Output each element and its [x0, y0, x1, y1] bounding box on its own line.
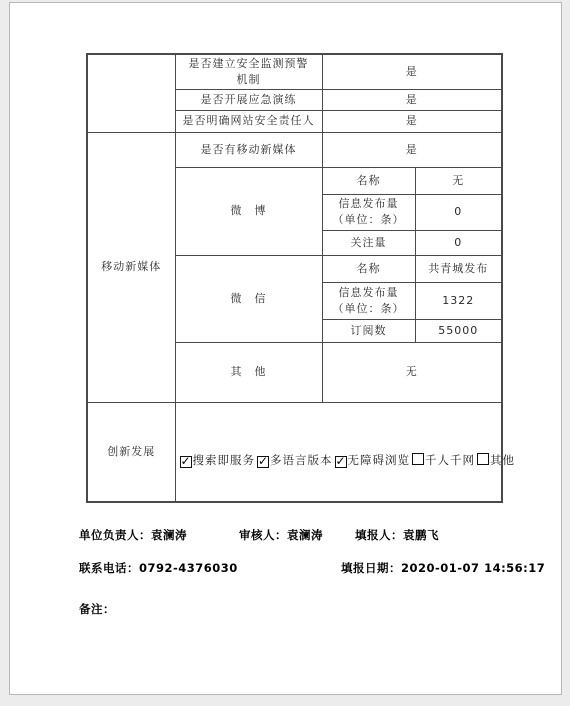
- checkbox-label-search-as-service: 搜索即服务: [193, 453, 256, 467]
- table-row: 是否建立安全监测预警 机制 是: [87, 54, 502, 89]
- wechat-name-key: 名称: [322, 255, 415, 282]
- security-question-label: 是否建立安全监测预警 机制: [175, 54, 322, 89]
- checkbox-label-accessibility: 无障碍浏览: [348, 453, 411, 467]
- phone-field: 联系电话：0792-4376030: [79, 560, 238, 576]
- filler-field: 填报人：袁鹏飞: [355, 527, 439, 543]
- checkbox-multilingual: ✓: [257, 456, 269, 468]
- table-row: 创新发展 ✓搜索即服务✓多语言版本✓无障碍浏览千人千网其他: [87, 402, 502, 502]
- reviewer-name: 袁澜涛: [287, 528, 323, 542]
- weibo-followers-value: 0: [415, 230, 502, 255]
- weibo-posts-value: 0: [415, 194, 502, 230]
- security-question-value: 是: [322, 110, 502, 132]
- checkbox-personalized-web: [412, 453, 424, 465]
- checkbox-search-as-service: ✓: [180, 456, 192, 468]
- other-media-label: 其 他: [175, 342, 322, 402]
- weibo-followers-key: 关注量: [322, 230, 415, 255]
- unit-head-name: 袁澜涛: [151, 528, 187, 542]
- category-cell-empty: [87, 54, 175, 132]
- checkbox-accessibility: ✓: [335, 456, 347, 468]
- wechat-subscribers-key: 订阅数: [322, 319, 415, 342]
- unit-head-field: 单位负责人：袁澜涛: [79, 527, 187, 543]
- wechat-subscribers-value: 55000: [415, 319, 502, 342]
- weibo-name-value: 无: [415, 167, 502, 194]
- remark-field: 备注：: [79, 601, 115, 617]
- category-cell-mobile-media: 移动新媒体: [87, 132, 175, 402]
- report-date-field: 填报日期：2020-01-07 14:56:17: [341, 560, 545, 576]
- security-question-value: 是: [322, 89, 502, 110]
- filler-name: 袁鹏飞: [403, 528, 439, 542]
- phone-value: 0792-4376030: [139, 561, 238, 575]
- innovation-checkbox-row: ✓搜索即服务✓多语言版本✓无障碍浏览千人千网其他: [178, 452, 516, 469]
- document-page: 是否建立安全监测预警 机制 是 是否开展应急演练 是 是否明确网站安全责任人 是…: [9, 2, 562, 695]
- has-mobile-media-label: 是否有移动新媒体: [175, 132, 322, 167]
- checkbox-label-other: 其他: [490, 453, 515, 467]
- has-mobile-media-value: 是: [322, 132, 502, 167]
- reviewer-field: 审核人：袁澜涛: [239, 527, 323, 543]
- security-question-label: 是否开展应急演练: [175, 89, 322, 110]
- weibo-posts-key: 信息发布量 （单位：条）: [322, 194, 415, 230]
- unit-head-label: 单位负责人：: [79, 528, 151, 542]
- checkbox-other: [477, 453, 489, 465]
- other-media-value: 无: [322, 342, 502, 402]
- report-date-label: 填报日期：: [341, 561, 401, 575]
- wechat-posts-key: 信息发布量 （单位：条）: [322, 282, 415, 319]
- viewer-background: 是否建立安全监测预警 机制 是 是否开展应急演练 是 是否明确网站安全责任人 是…: [0, 0, 570, 706]
- wechat-label: 微 信: [175, 255, 322, 342]
- weibo-label: 微 博: [175, 167, 322, 255]
- remark-label: 备注：: [79, 602, 115, 616]
- security-question-label: 是否明确网站安全责任人: [175, 110, 322, 132]
- reviewer-label: 审核人：: [239, 528, 287, 542]
- filler-label: 填报人：: [355, 528, 403, 542]
- wechat-name-value: 共青城发布: [415, 255, 502, 282]
- security-question-value: 是: [322, 54, 502, 89]
- checkbox-label-multilingual: 多语言版本: [270, 453, 333, 467]
- report-date-value: 2020-01-07 14:56:17: [401, 561, 545, 575]
- report-table: 是否建立安全监测预警 机制 是 是否开展应急演练 是 是否明确网站安全责任人 是…: [86, 53, 503, 503]
- weibo-name-key: 名称: [322, 167, 415, 194]
- checkbox-label-personalized-web: 千人千网: [425, 453, 475, 467]
- innovation-checkbox-cell: ✓搜索即服务✓多语言版本✓无障碍浏览千人千网其他: [175, 402, 502, 502]
- category-cell-innovation: 创新发展: [87, 402, 175, 502]
- table-row: 移动新媒体 是否有移动新媒体 是: [87, 132, 502, 167]
- wechat-posts-value: 1322: [415, 282, 502, 319]
- phone-label: 联系电话：: [79, 561, 139, 575]
